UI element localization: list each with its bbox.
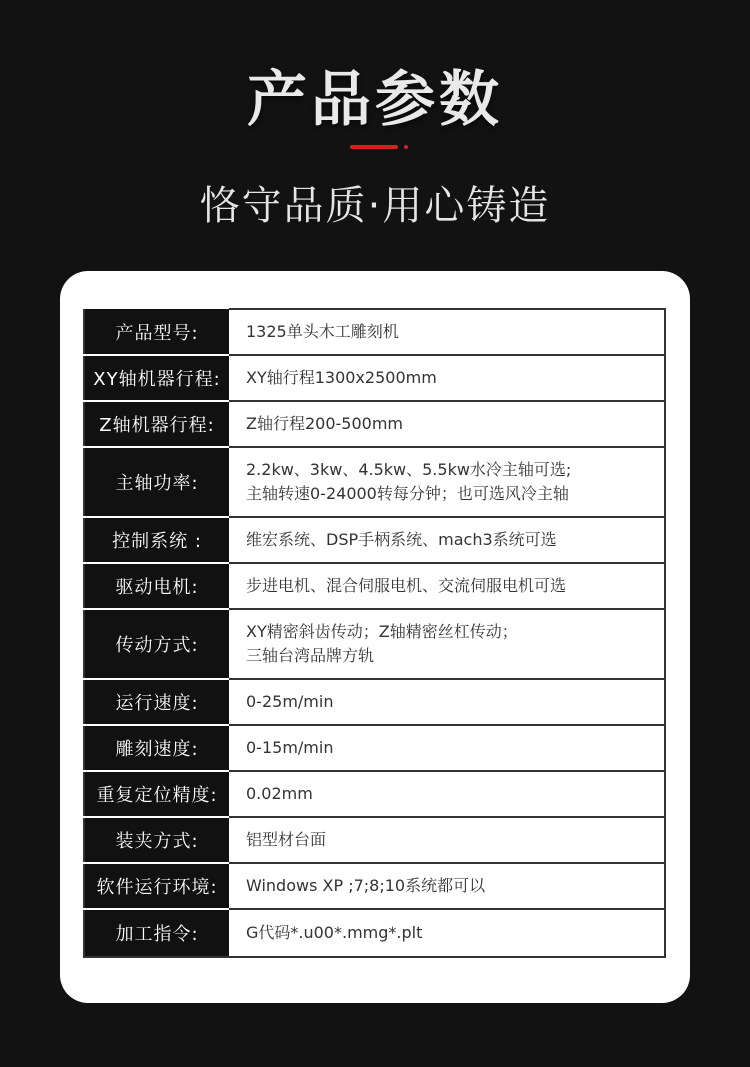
- title-divider: [350, 145, 400, 149]
- spec-row: 装夹方式:铝型材台面: [84, 817, 665, 863]
- spec-value: 0.02mm: [229, 771, 665, 817]
- spec-value: 步进电机、混合伺服电机、交流伺服电机可选: [229, 563, 665, 609]
- spec-row: 主轴功率:2.2kw、3kw、4.5kw、5.5kw水冷主轴可选; 主轴转速0-…: [84, 447, 665, 517]
- spec-value: Windows XP ;7;8;10系统都可以: [229, 863, 665, 909]
- page-subtitle: 恪守品质·用心铸造: [0, 174, 750, 231]
- spec-value: 维宏系统、DSP手柄系统、mach3系统可选: [229, 517, 665, 563]
- spec-row: 加工指令:G代码*.u00*.mmg*.plt: [84, 909, 665, 957]
- spec-label: 控制系统 :: [84, 517, 229, 563]
- spec-value: 铝型材台面: [229, 817, 665, 863]
- spec-label: 软件运行环境:: [84, 863, 229, 909]
- divider-dot: [404, 145, 408, 149]
- spec-row: 产品型号:1325单头木工雕刻机: [84, 309, 665, 355]
- spec-value: 1325单头木工雕刻机: [229, 309, 665, 355]
- spec-value: 0-15m/min: [229, 725, 665, 771]
- spec-row: 运行速度:0-25m/min: [84, 679, 665, 725]
- spec-value: G代码*.u00*.mmg*.plt: [229, 909, 665, 957]
- spec-label: Z轴机器行程:: [84, 401, 229, 447]
- spec-label: XY轴机器行程:: [84, 355, 229, 401]
- spec-label: 主轴功率:: [84, 447, 229, 517]
- spec-row: 控制系统 :维宏系统、DSP手柄系统、mach3系统可选: [84, 517, 665, 563]
- spec-row: 驱动电机:步进电机、混合伺服电机、交流伺服电机可选: [84, 563, 665, 609]
- spec-label: 加工指令:: [84, 909, 229, 957]
- spec-row: 雕刻速度:0-15m/min: [84, 725, 665, 771]
- spec-row: Z轴机器行程:Z轴行程200-500mm: [84, 401, 665, 447]
- spec-row: 软件运行环境:Windows XP ;7;8;10系统都可以: [84, 863, 665, 909]
- spec-label: 驱动电机:: [84, 563, 229, 609]
- spec-label: 传动方式:: [84, 609, 229, 679]
- spec-table: 产品型号:1325单头木工雕刻机XY轴机器行程:XY轴行程1300x2500mm…: [83, 308, 666, 958]
- spec-row: 重复定位精度:0.02mm: [84, 771, 665, 817]
- spec-value: 2.2kw、3kw、4.5kw、5.5kw水冷主轴可选; 主轴转速0-24000…: [229, 447, 665, 517]
- spec-value: Z轴行程200-500mm: [229, 401, 665, 447]
- spec-value: XY精密斜齿传动；Z轴精密丝杠传动； 三轴台湾品牌方轨: [229, 609, 665, 679]
- spec-value: 0-25m/min: [229, 679, 665, 725]
- spec-label: 产品型号:: [84, 309, 229, 355]
- spec-label: 重复定位精度:: [84, 771, 229, 817]
- spec-label: 装夹方式:: [84, 817, 229, 863]
- page-title: 产品参数: [0, 52, 750, 138]
- spec-row: 传动方式:XY精密斜齿传动；Z轴精密丝杠传动； 三轴台湾品牌方轨: [84, 609, 665, 679]
- spec-value: XY轴行程1300x2500mm: [229, 355, 665, 401]
- spec-label: 运行速度:: [84, 679, 229, 725]
- spec-row: XY轴机器行程:XY轴行程1300x2500mm: [84, 355, 665, 401]
- divider-bar: [350, 145, 398, 149]
- spec-label: 雕刻速度:: [84, 725, 229, 771]
